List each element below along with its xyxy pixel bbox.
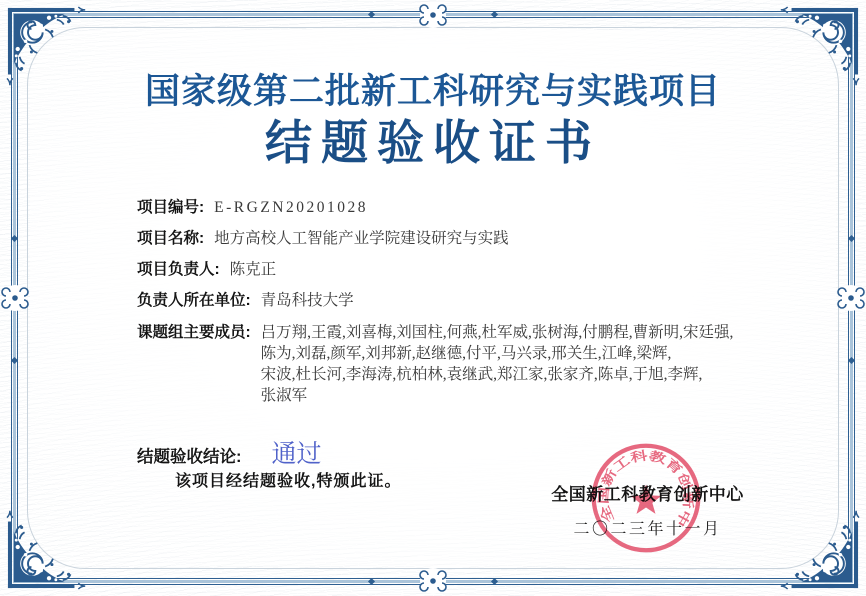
- field-value: 青岛科技大学: [261, 291, 354, 310]
- field-leader-institution: 负责人所在单位: 青岛科技大学: [137, 291, 757, 310]
- mid-ornament-right: [836, 283, 866, 313]
- members-line: 张淑军: [261, 385, 734, 406]
- field-label: 负责人所在单位:: [137, 291, 251, 310]
- conclusion-label: 结题验收结论:: [137, 443, 242, 467]
- members-line: 吕万翔,王霞,刘喜梅,刘国柱,何燕,杜军威,张树海,付鹏程,曹新明,宋廷强,: [261, 322, 734, 343]
- field-value: 地方高校人工智能产业学院建设研究与实践: [214, 229, 509, 248]
- field-project-leader: 项目负责人: 陈克正: [137, 260, 757, 279]
- field-label: 项目负责人:: [137, 260, 220, 279]
- field-value: 陈克正: [230, 260, 277, 279]
- svg-text:全国新工科教育创新中心: 全国新工科教育创新中心: [589, 441, 696, 529]
- mid-ornament-bottom: [418, 566, 448, 596]
- fields-block: 项目编号: E-RGZN20201028 项目名称: 地方高校人工智能产业学院建…: [137, 198, 757, 418]
- certificate-page: 国家级第二批新工科研究与实践项目 结题验收证书 项目编号: E-RGZN2020…: [0, 0, 866, 596]
- mid-ornament-top: [418, 0, 448, 30]
- mid-ornament-left: [0, 283, 30, 313]
- members-line: 陈为,刘磊,颜军,刘邦新,赵继德,付平,马兴录,邢关生,江峰,梁辉,: [261, 343, 734, 364]
- field-label: 项目编号:: [137, 198, 204, 217]
- corner-ornament-bottom-right: [772, 502, 860, 590]
- field-value: E-RGZN20201028: [214, 198, 368, 217]
- conclusion-row: 结题验收结论: 通过: [137, 434, 322, 470]
- members-line: 宋波,杜长河,李海涛,杭柏林,袁继武,郑江家,张家齐,陈卓,于旭,李辉,: [261, 364, 734, 385]
- grant-statement: 该项目经结题验收,特颁此证。: [175, 468, 401, 491]
- field-label: 课题组主要成员:: [137, 323, 251, 342]
- certificate-main-title: 结题验收证书: [0, 106, 866, 173]
- field-label: 项目名称:: [137, 229, 204, 248]
- corner-ornament-bottom-left: [6, 502, 94, 590]
- conclusion-value: 通过: [272, 434, 322, 470]
- official-seal: 全国新工科教育创新中心: [589, 441, 703, 555]
- members-list: 吕万翔,王霞,刘喜梅,刘国柱,何燕,杜军威,张树海,付鹏程,曹新明,宋廷强, 陈…: [261, 322, 734, 406]
- seal-star: [631, 485, 662, 514]
- seal-text: 全国新工科教育创新中心: [589, 441, 696, 529]
- field-project-number: 项目编号: E-RGZN20201028: [137, 198, 757, 217]
- field-team-members: 课题组主要成员: 吕万翔,王霞,刘喜梅,刘国柱,何燕,杜军威,张树海,付鹏程,曹…: [137, 322, 757, 406]
- field-project-name: 项目名称: 地方高校人工智能产业学院建设研究与实践: [137, 229, 757, 248]
